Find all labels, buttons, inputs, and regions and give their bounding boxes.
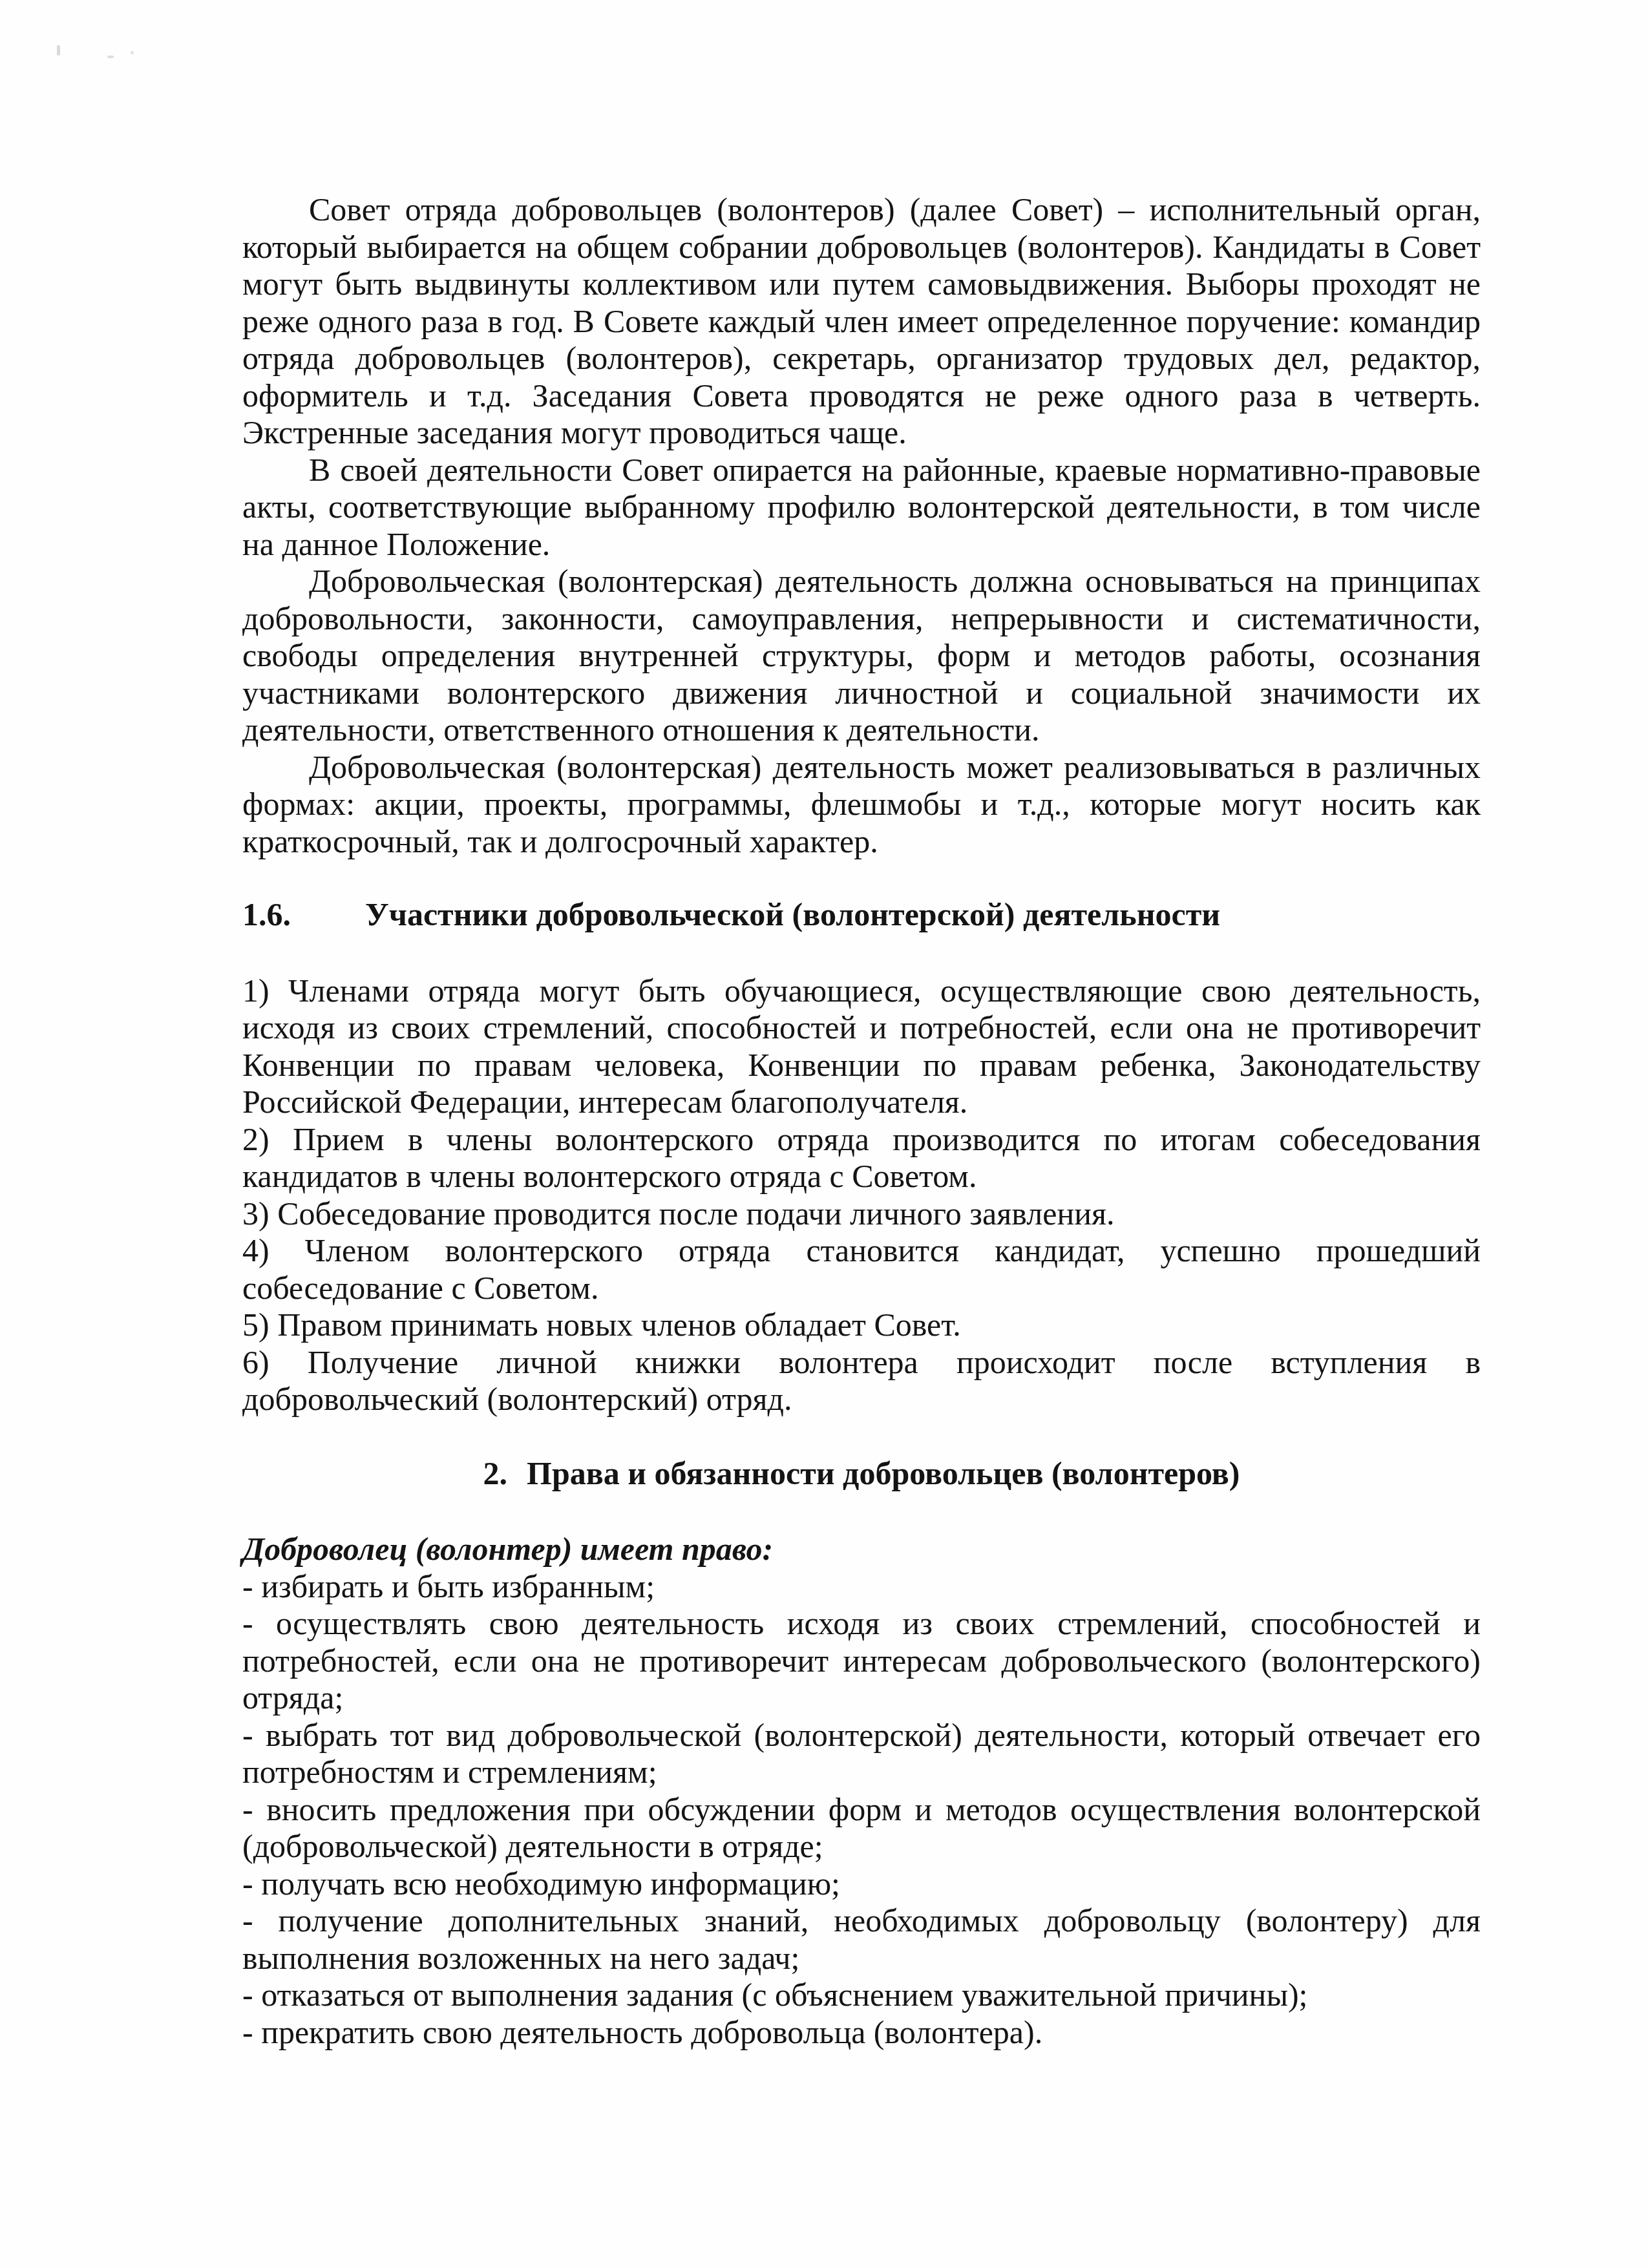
numbered-item-3: 3) Собеседование проводится после подачи… <box>242 1195 1481 1233</box>
dash-item-5: - получать всю необходимую информацию; <box>242 1865 1481 1903</box>
paragraph-forms: Добровольческая (волонтерская) деятельно… <box>242 749 1481 861</box>
dash-item-1: - избирать и быть избранным; <box>242 1568 1481 1606</box>
dash-item-2: - осуществлять свою деятельность исходя … <box>242 1605 1481 1717</box>
scan-artifact <box>57 45 60 56</box>
numbered-item-6: 6) Получение личной книжки волонтера про… <box>242 1344 1481 1418</box>
paragraph-council-acts: В своей деятельности Совет опирается на … <box>242 452 1481 563</box>
section-number: 2. <box>483 1455 508 1491</box>
dash-item-3: - выбрать тот вид добровольческой (волон… <box>242 1717 1481 1791</box>
numbered-item-2: 2) Прием в члены волонтерского отряда пр… <box>242 1121 1481 1195</box>
dash-item-8: - прекратить свою деятельность доброволь… <box>242 2014 1481 2052</box>
section-number: 1.6. <box>242 896 365 934</box>
numbered-item-1: 1) Членами отряда могут быть обучающиеся… <box>242 972 1481 1121</box>
section-heading-1-6: 1.6.Участники добровольческой (волонтерс… <box>242 896 1481 934</box>
document-body: Совет отряда добровольцев (волонтеров) (… <box>242 191 1481 2051</box>
paragraph-principles: Добровольческая (волонтерская) деятельно… <box>242 563 1481 749</box>
scan-artifact <box>131 51 134 54</box>
scanned-document-page: Совет отряда добровольцев (волонтеров) (… <box>0 0 1648 2268</box>
section-heading-2: 2.Права и обязанности добровольцев (воло… <box>242 1455 1481 1493</box>
scan-artifact <box>107 56 114 58</box>
section-title: Участники добровольческой (волонтерской)… <box>365 896 1220 932</box>
numbered-item-4: 4) Членом волонтерского отряда становитс… <box>242 1232 1481 1307</box>
numbered-item-5: 5) Правом принимать новых членов обладае… <box>242 1307 1481 1344</box>
section-title: Права и обязанности добровольцев (волонт… <box>527 1455 1240 1491</box>
dash-item-4: - вносить предложения при обсуждении фор… <box>242 1791 1481 1865</box>
dash-item-7: - отказаться от выполнения задания (с об… <box>242 1977 1481 2014</box>
rights-intro-line: Доброволец (волонтер) имеет право: <box>242 1531 1481 1568</box>
paragraph-council: Совет отряда добровольцев (волонтеров) (… <box>242 191 1481 452</box>
dash-item-6: - получение дополнительных знаний, необх… <box>242 1902 1481 1977</box>
